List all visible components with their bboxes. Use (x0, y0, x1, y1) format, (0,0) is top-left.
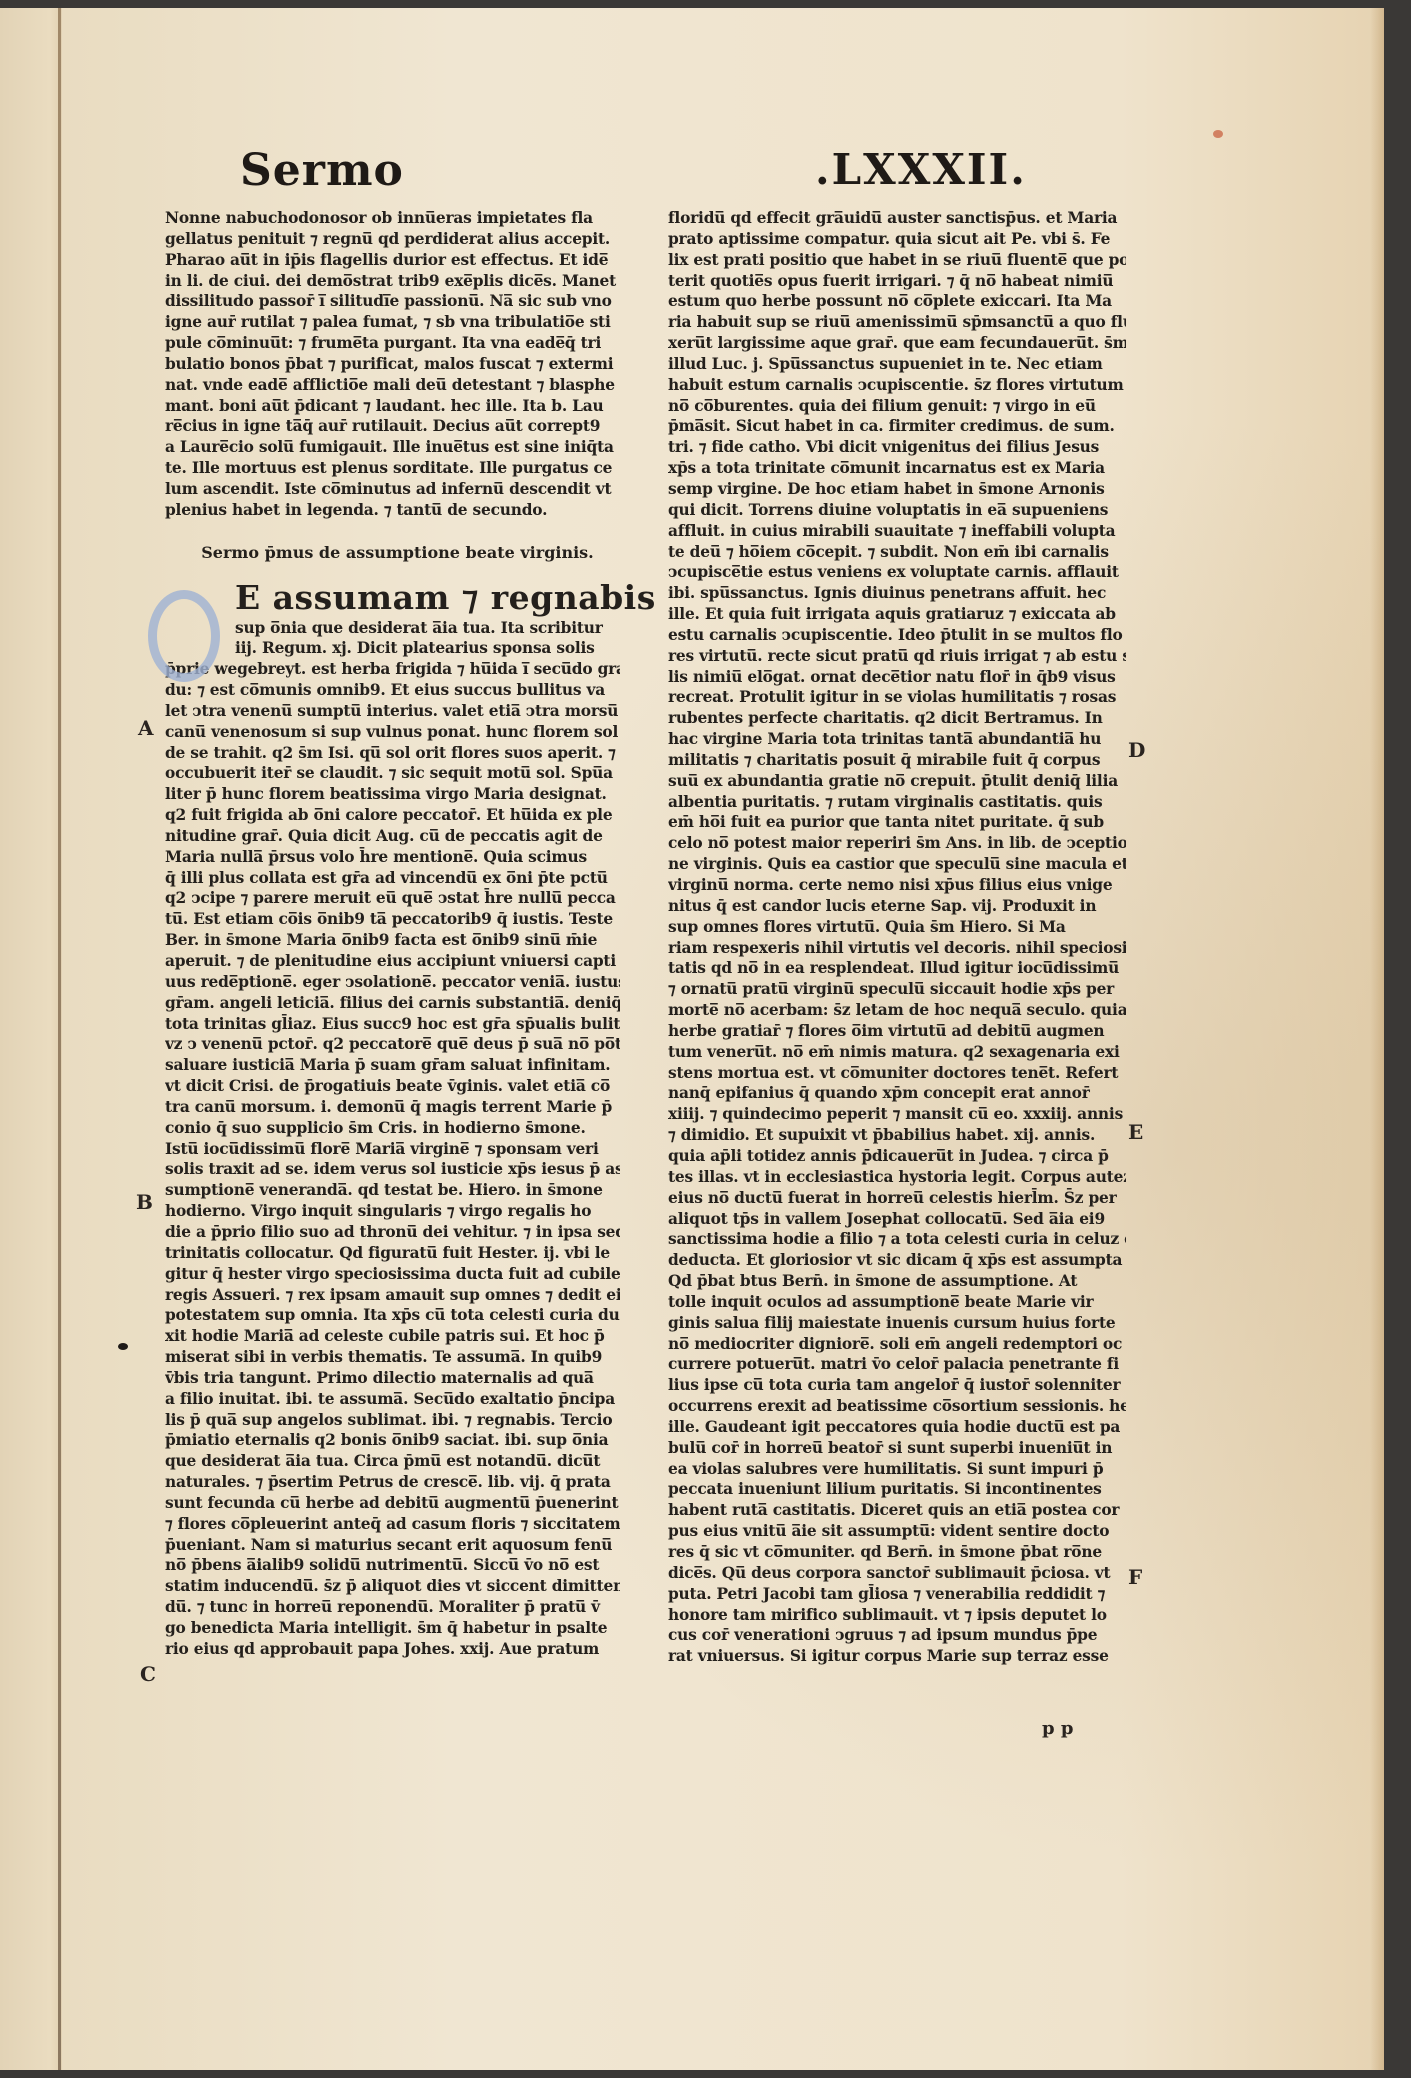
text-line: tolle inquit oculos ad assumptione̅ beat… (668, 1292, 1126, 1313)
text-line: qui dicit. Torrens diuine voluptatis in … (668, 500, 1126, 521)
text-line: gitur q̄ hester virgo speciosissima duct… (165, 1264, 620, 1285)
text-line: dissilitudo passor̄ i̅ silitudi̅e passio… (165, 291, 620, 312)
text-line: quia ap̄li totidez annis p̄dicaueru̅t in… (668, 1146, 1126, 1167)
text-line: xiiij. ⁊ quindecimo peperit ⁊ mansit cu̅… (668, 1104, 1126, 1125)
text-line: lix est prati positio que habet in se ri… (668, 250, 1126, 271)
text-line: aperuit. ⁊ de plenitudine eius accipiunt… (165, 951, 620, 972)
red-ink-spot (1213, 130, 1223, 138)
text-line: peccata inueniunt lilium puritatis. Si i… (668, 1479, 1126, 1500)
text-line: conio q̄ suo supplicio s̄m Cris. in hodi… (165, 1118, 620, 1139)
text-line: p̄ma̅sit. Sicut habet in ca. firmiter cr… (668, 416, 1126, 437)
margin-letter-b: B (136, 1190, 153, 1214)
ink-dot-mark (118, 1343, 128, 1350)
text-line: xit hodie Maria̅ ad celeste cubile patri… (165, 1326, 620, 1347)
text-line: Maria nulla̅ p̄rsus volo h̄re mentione̅.… (165, 847, 620, 868)
text-line: no̅ p̄bens a̅ialib9 solidu̅ nutrimentu̅.… (165, 1555, 620, 1576)
blue-initial-letter-o (148, 590, 220, 682)
text-line: q2 fuit frigida ab o̅ni calore peccator̄… (165, 805, 620, 826)
text-line: miserat sibi in verbis thematis. Te assu… (165, 1347, 620, 1368)
text-line: stens mortua est. vt co̅muniter doctores… (668, 1063, 1126, 1084)
text-line: celo no̅ potest maior reperiri s̄m Ans. … (668, 833, 1126, 854)
text-line: rio eius qd approbauit papa Johes. xxij.… (165, 1639, 620, 1660)
text-line: dice̅s. Qu̅ deus corpora sanctor̄ sublim… (668, 1563, 1126, 1584)
text-line: floridu̅ qd effecit gra̅uidu̅ auster san… (668, 208, 1126, 229)
text-line: que desiderat a̅ia tua. Circa p̄mu̅ est … (165, 1451, 620, 1472)
text-line: q̄ illi plus collata est gr̄a ad vincend… (165, 868, 620, 889)
text-line: tum veneru̅t. no̅ em̄ nimis matura. q2 s… (668, 1042, 1126, 1063)
text-line: suu̅ ex abundantia gratie no̅ crepuit. p… (668, 771, 1126, 792)
text-line: lis nimiu̅ elo̅gat. ornat dece̅tior natu… (668, 667, 1126, 688)
text-line: ria habuit sup se riuu̅ amenissimu̅ sp̄m… (668, 312, 1126, 333)
text-line: tes illas. vt in ecclesiastica hystoria … (668, 1167, 1126, 1188)
text-line: em̄ ho̅i fuit ea purior que tanta nitet … (668, 812, 1126, 833)
text-line: du: ⁊ est co̅munis omnib9. Et eius succu… (165, 680, 620, 701)
text-line: lius ipse cu̅ tota curia tam angelor̄ q̄… (668, 1375, 1126, 1396)
text-line: nitus q̄ est candor lucis eterne Sap. vi… (668, 896, 1126, 917)
text-line: semp virgine. De hoc etiam habet in s̄mo… (668, 479, 1126, 500)
text-line: cus cor̄ venerationi ↄgruus ⁊ ad ipsum m… (668, 1625, 1126, 1646)
left-text-column: Nonne nabuchodonosor ob innu̅eras impiet… (165, 208, 620, 1660)
text-line: de se trahit. q2 s̄m Isi. qu̅ sol orit f… (165, 743, 620, 764)
margin-letter-c: C (140, 1662, 156, 1686)
text-line: pus eius vnitu̅ a̅ie sit assumptu̅: vide… (668, 1521, 1126, 1542)
text-line: Qd p̄bat btus Bern̄. in s̄mone de assump… (668, 1271, 1126, 1292)
text-line: Pharao au̅t in ip̄is flagellis durior es… (165, 250, 620, 271)
text-line: v̄bis tria tangunt. Primo dilectio mater… (165, 1368, 620, 1389)
margin-letter-a: A (138, 716, 154, 740)
text-line: in li. de ciui. dei demo̅strat trib9 exe… (165, 271, 620, 292)
section-heading: Sermo p̄mus de assumptione beate virgini… (165, 543, 620, 564)
text-line: liter p̄ hunc florem beatissima virgo Ma… (165, 784, 620, 805)
text-line: Istu̅ iocu̅dissimu̅ flore̅ Maria̅ virgin… (165, 1139, 620, 1160)
text-line: tu̅. Est etiam co̅is o̅nib9 ta̅ peccator… (165, 909, 620, 930)
text-line: ↄcupisce̅tie estus veniens ex voluptate … (668, 562, 1126, 583)
text-line: iij. Regum. xj. Dicit platearius sponsa … (165, 638, 620, 659)
text-line: solis traxit ad se. idem verus sol iusti… (165, 1159, 620, 1180)
right-text-column: floridu̅ qd effecit gra̅uidu̅ auster san… (668, 208, 1126, 1667)
text-line: p̄ueniant. Nam si maturius secant erit a… (165, 1535, 620, 1556)
text-line: bulu̅ cor̄ in horreu̅ beator̄ si sunt su… (668, 1438, 1126, 1459)
text-line: go benedicta Maria intelligit. s̄m q̄ ha… (165, 1618, 620, 1639)
text-line: ⁊ dimidio. Et supuixit vt p̄babilius hab… (668, 1125, 1126, 1146)
text-line: p̄miatio eternalis q2 bonis o̅nib9 sacia… (165, 1430, 620, 1451)
text-line: regis Assueri. ⁊ rex ipsam amauit sup om… (165, 1285, 620, 1306)
text-line: sup o̅nia que desiderat a̅ia tua. Ita sc… (165, 618, 620, 639)
signature-mark: p p (1042, 1718, 1073, 1739)
text-line: nanq̄ epifanius q̄ quando xp̄m concepit … (668, 1083, 1126, 1104)
text-line: albentia puritatis. ⁊ rutam virginalis c… (668, 792, 1126, 813)
text-line: sup omnes flores virtutu̅. Quia s̄m Hier… (668, 917, 1126, 938)
text-line: nat. vnde eade̅ afflictio̅e mali deu̅ de… (165, 375, 620, 396)
gutter-fold (58, 8, 61, 2070)
text-line: statim inducendu̅. s̄z p̄ aliquot dies v… (165, 1576, 620, 1597)
text-line: rubentes perfecte charitatis. q2 dicit B… (668, 708, 1126, 729)
text-line: estum quo herbe possunt no̅ co̅plete exi… (668, 291, 1126, 312)
text-line: currere potueru̅t. matri v̄o celor̄ pala… (668, 1354, 1126, 1375)
text-line: uus rede̅ptione̅. eger ↄsolatione̅. pecc… (165, 972, 620, 993)
text-line: ea violas salubres vere humilitatis. Si … (668, 1459, 1126, 1480)
text-line: re̅cius in igne ta̅q̄ aur̄ rutilauit. De… (165, 416, 620, 437)
text-line: nitudine grar̄. Quia dicit Aug. cu̅ de p… (165, 826, 620, 847)
text-line: du̅. ⁊ tunc in horreu̅ reponendu̅. Moral… (165, 1597, 620, 1618)
text-line: Nonne nabuchodonosor ob innu̅eras impiet… (165, 208, 620, 229)
text-line: recreat. Protulit igitur in se violas hu… (668, 687, 1126, 708)
text-line: no̅ mediocriter digniore̅. soli em̄ ange… (668, 1334, 1126, 1355)
text-line: lis p̄ qua̅ sup angelos sublimat. ibi. ⁊… (165, 1410, 620, 1431)
text-line: habuit estum carnalis ↄcupiscentie. s̄z … (668, 375, 1126, 396)
text-line: militatis ⁊ charitatis posuit q̄ mirabil… (668, 750, 1126, 771)
text-line: q2 ↄcipe ⁊ parere meruit eu̅ que̅ ↄstat … (165, 888, 620, 909)
text-line: gr̄am. angeli leticia̅. filius dei carni… (165, 993, 620, 1014)
text-line: ⁊ flores co̅pleuerint anteq̄ ad casum fl… (165, 1514, 620, 1535)
text-line: te. Ille mortuus est plenus sorditate. I… (165, 458, 620, 479)
text-line: occurrens erexit ad beatissime co̅sortiu… (668, 1396, 1126, 1417)
text-line: ginis salua filij maiestate inuenis curs… (668, 1313, 1126, 1334)
text-line: naturales. ⁊ p̄sertim Petrus de cresce̅.… (165, 1472, 620, 1493)
text-line: sumptione̅ veneranda̅. qd testat be. Hie… (165, 1180, 620, 1201)
text-line: terit quotie̅s opus fuerit irrigari. ⁊ q… (668, 271, 1126, 292)
running-head-left: Sermo (240, 145, 404, 196)
incipit-line: E assumam ⁊ regnabis (165, 578, 620, 618)
text-line: ne virginis. Quis ea castior que speculu… (668, 854, 1126, 875)
text-line: lum ascendit. Iste co̅minutus ad infernu… (165, 479, 620, 500)
margin-letter-e: E (1128, 1120, 1143, 1144)
text-line: a Laure̅cio solu̅ fumigauit. Ille inue̅t… (165, 437, 620, 458)
text-line: saluare iusticia̅ Maria p̄ suam gr̄am sa… (165, 1055, 620, 1076)
text-line: res virtutu̅. recte sicut pratu̅ qd riui… (668, 646, 1126, 667)
text-line: hodierno. Virgo inquit singularis ⁊ virg… (165, 1201, 620, 1222)
margin-letter-f: F (1128, 1565, 1142, 1589)
text-line: tra canu̅ morsum. i. demonu̅ q̄ magis te… (165, 1097, 620, 1118)
text-line: affluit. in cuius mirabili suauitate ⁊ i… (668, 521, 1126, 542)
text-line: puta. Petri Jacobi tam gl̄iosa ⁊ venerab… (668, 1584, 1126, 1605)
text-line: mant. boni au̅t p̄dicant ⁊ laudant. hec … (165, 396, 620, 417)
text-line: honore tam mirifico sublimauit. vt ⁊ ips… (668, 1605, 1126, 1626)
text-line: xeru̅t largissime aque grar̄. que eam fe… (668, 333, 1126, 354)
text-line: ille. Et quia fuit irrigata aquis gratia… (668, 604, 1126, 625)
text-line: eius no̅ ductu̅ fuerat in horreu̅ celest… (668, 1188, 1126, 1209)
text-line: pule co̅minuu̅t: ⁊ frume̅ta purgant. Ita… (165, 333, 620, 354)
text-line: hac virgine Maria tota trinitas tanta̅ a… (668, 729, 1126, 750)
text-line: p̄prie wegebreyt. est herba frigida ⁊ hu… (165, 659, 620, 680)
text-line: xp̄s a tota trinitate co̅munit incarnatu… (668, 458, 1126, 479)
text-line: tri. ⁊ fide catho. Vbi dicit vnigenitus … (668, 437, 1126, 458)
text-line: rat vniuersus. Si igitur corpus Marie su… (668, 1646, 1126, 1667)
running-head-right-folio-number: .LXXXII. (815, 145, 1027, 194)
text-line: ille. Gaudeant igit peccatores quia hodi… (668, 1417, 1126, 1438)
text-line: res q̄ sic vt co̅muniter. qd Bern̄. in s… (668, 1542, 1126, 1563)
text-line: ⁊ ornatu̅ pratu̅ virginu̅ speculu̅ sicca… (668, 979, 1126, 1000)
text-line: tatis qd no̅ in ea resplendeat. Illud ig… (668, 958, 1126, 979)
text-line: deducta. Et gloriosior vt sic dicam q̄ x… (668, 1250, 1126, 1271)
text-line: ibi. spu̅ssanctus. Ignis diuinus penetra… (668, 583, 1126, 604)
text-line: bulatio bonos p̄bat ⁊ purificat, malos f… (165, 354, 620, 375)
text-line: virginu̅ norma. certe nemo nisi xp̄us fi… (668, 875, 1126, 896)
text-line: no̅ co̅burentes. quia dei filium genuit:… (668, 396, 1126, 417)
text-line: tota trinitas gl̄iaz. Eius succ9 hoc est… (165, 1014, 620, 1035)
text-line: plenius habet in legenda. ⁊ tantu̅ de se… (165, 500, 620, 521)
text-line: canu̅ venenosum si sup vulnus ponat. hun… (165, 722, 620, 743)
text-line: aliquot tp̄s in vallem Josephat collocat… (668, 1209, 1126, 1230)
text-line: estu carnalis ↄcupiscentie. Ideo p̄tulit… (668, 625, 1126, 646)
text-line: prato aptissime compatur. quia sicut ait… (668, 229, 1126, 250)
text-line: Ber. in s̄mone Maria o̅nib9 facta est o̅… (165, 930, 620, 951)
text-line: vt dicit Crisi. de p̄rogatiuis beate v̄g… (165, 1076, 620, 1097)
text-line: a filio inuitat. ibi. te assuma̅. Secu̅d… (165, 1389, 620, 1410)
text-line: sanctissima hodie a filio ⁊ a tota celes… (668, 1229, 1126, 1250)
text-line: habent ruta̅ castitatis. Diceret quis an… (668, 1500, 1126, 1521)
text-line: gellatus penituit ⁊ regnu̅ qd perdiderat… (165, 229, 620, 250)
text-line: let ↄtra venenu̅ sumptu̅ interius. valet… (165, 701, 620, 722)
text-line: potestatem sup omnia. Ita xp̄s cu̅ tota … (165, 1305, 620, 1326)
text-line: sunt fecunda cu̅ herbe ad debitu̅ augmen… (165, 1493, 620, 1514)
text-line: riam respexeris nihil virtutis vel decor… (668, 938, 1126, 959)
margin-letter-d: D (1128, 738, 1145, 762)
text-line: morte̅ no̅ acerbam: s̄z letam de hoc neq… (668, 1000, 1126, 1021)
text-line: trinitatis collocatur. Qd figuratu̅ fuit… (165, 1243, 620, 1264)
text-line: te deu̅ ⁊ ho̅iem co̅cepit. ⁊ subdit. Non… (668, 542, 1126, 563)
text-line: herbe gratiar̄ ⁊ flores o̅im virtutu̅ ad… (668, 1021, 1126, 1042)
text-line: igne aur̄ rutilat ⁊ palea fumat, ⁊ sb vn… (165, 312, 620, 333)
text-line: die a p̄prio filio suo ad thronu̅ dei ve… (165, 1222, 620, 1243)
text-line: vz ↄ venenu̅ pctor̄. q2 peccatore̅ que̅ … (165, 1034, 620, 1055)
text-line: occubuerit iter̄ se claudit. ⁊ sic sequi… (165, 763, 620, 784)
text-line: illud Luc. j. Spu̅ssanctus supueniet in … (668, 354, 1126, 375)
